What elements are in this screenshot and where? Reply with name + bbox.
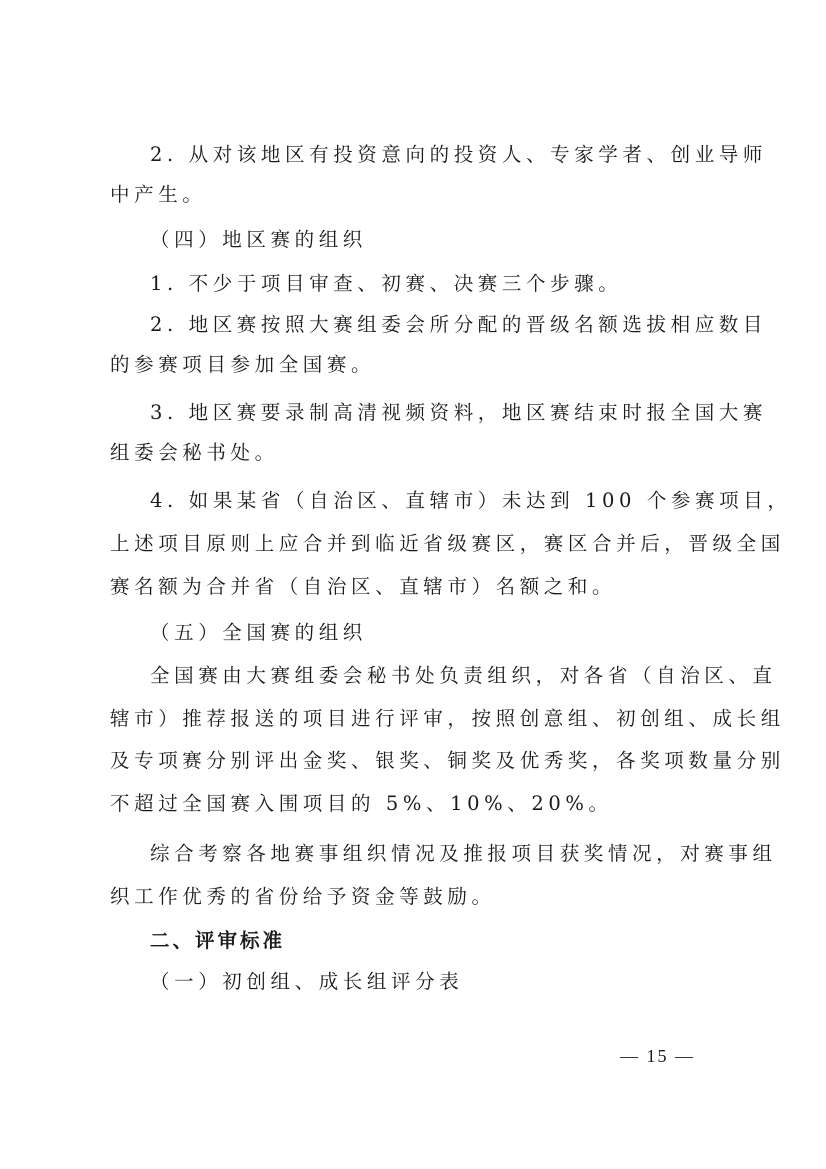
paragraph-line: 2. 地区赛按照大赛组委会所分配的晋级名额选拔相应数目 bbox=[150, 312, 720, 338]
subheading-regional-organization: （四）地区赛的组织 bbox=[150, 227, 720, 253]
paragraph-line: 及专项赛分别评出金奖、银奖、铜奖及优秀奖，各奖项数量分别 bbox=[110, 748, 720, 774]
paragraph-line: 组委会秘书处。 bbox=[110, 440, 720, 466]
paragraph-line: 2. 从对该地区有投资意向的投资人、专家学者、创业导师 bbox=[150, 142, 720, 168]
subheading-national-organization: （五）全国赛的组织 bbox=[150, 620, 720, 646]
paragraph-line: 综合考察各地赛事组织情况及推报项目获奖情况，对赛事组 bbox=[150, 841, 720, 867]
paragraph-line: 辖市）推荐报送的项目进行评审，按照创意组、初创组、成长组 bbox=[110, 706, 720, 732]
paragraph-line: 3. 地区赛要录制高清视频资料，地区赛结束时报全国大赛 bbox=[150, 400, 720, 426]
paragraph-line: 不超过全国赛入围项目的 5%、10%、20%。 bbox=[110, 791, 720, 817]
paragraph-line: 全国赛由大赛组委会秘书处负责组织，对各省（自治区、直 bbox=[150, 663, 720, 689]
paragraph-line: 赛名额为合并省（自治区、直辖市）名额之和。 bbox=[110, 574, 720, 600]
paragraph-line: 上述项目原则上应合并到临近省级赛区，赛区合并后，晋级全国 bbox=[110, 531, 720, 557]
paragraph-line: 4. 如果某省（自治区、直辖市）未达到 100 个参赛项目， bbox=[150, 488, 720, 514]
paragraph-line: 1. 不少于项目审查、初赛、决赛三个步骤。 bbox=[150, 271, 720, 297]
paragraph-line: 织工作优秀的省份给予资金等鼓励。 bbox=[110, 884, 720, 910]
paragraph-line: 中产生。 bbox=[110, 182, 720, 208]
subsection-heading: （一）初创组、成长组评分表 bbox=[150, 969, 720, 995]
paragraph-line: 的参赛项目参加全国赛。 bbox=[110, 352, 720, 378]
section-heading: 二、评审标准 bbox=[150, 928, 720, 954]
page-number: — 15 — bbox=[620, 1046, 695, 1067]
document-page: 2. 从对该地区有投资意向的投资人、专家学者、创业导师 中产生。 （四）地区赛的… bbox=[0, 0, 826, 1169]
